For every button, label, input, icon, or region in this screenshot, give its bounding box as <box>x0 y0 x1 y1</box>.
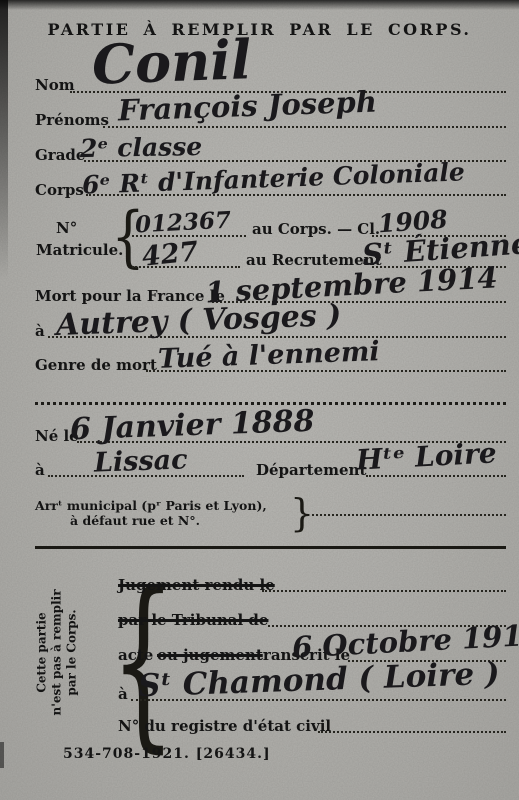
naissance-lieu-value: Lissac <box>93 444 188 478</box>
au-corps-label: au Corps. — Cl. <box>252 220 380 238</box>
matricule-label-line1: N° <box>56 219 77 237</box>
jugement-label: Jugement rendu le <box>118 576 275 594</box>
nom-label: Nom <box>35 76 75 94</box>
matricule-recrutement-value: 427 <box>141 236 200 273</box>
print-reference: 534-708-1921. [26434.] <box>63 746 271 762</box>
transcription-lieu-label: à <box>118 685 128 703</box>
registre-line <box>318 731 506 733</box>
registre-label: N° du registre d'état civil <box>118 717 331 735</box>
naissance-lieu-label: à <box>35 461 45 479</box>
acte-label-struck: ou jugement <box>157 646 263 664</box>
death-record-card: PARTIE À REMPLIR PAR LE CORPS. Nom Conil… <box>0 0 519 800</box>
grade-value: 2ᵉ classe <box>80 132 203 163</box>
sidebar-note-line1: Cette partie <box>35 568 50 738</box>
scan-edge-left-bottom <box>0 742 4 768</box>
departement-line <box>366 475 506 477</box>
arr-municipal-line <box>312 514 506 516</box>
grade-label: Grade <box>35 146 85 164</box>
tribunal-label: par le Tribunal de <box>118 611 268 629</box>
prenoms-line <box>103 126 506 128</box>
corps-label: Corps <box>35 181 84 199</box>
section-rule <box>35 546 506 549</box>
sidebar-note-line3: par le Corps. <box>65 568 80 738</box>
page-title: PARTIE À REMPLIR PAR LE CORPS. <box>0 20 519 39</box>
sidebar-note: Cette partie n'est pas à remplir par le … <box>35 568 80 738</box>
scan-edge-left <box>0 0 8 280</box>
sidebar-note-line2: n'est pas à remplir <box>50 568 65 738</box>
nom-value: Conil <box>91 27 252 97</box>
arr-municipal-label-line1: Arrᵗ municipal (pʳ Paris et Lyon), <box>35 498 267 513</box>
arr-municipal-label-line2: à défaut rue et N°. <box>70 513 200 528</box>
acte-label-part1: acte <box>118 646 153 664</box>
arr-municipal-brace: } <box>290 494 314 532</box>
matricule-corps-value: 012367 <box>134 207 231 239</box>
jugement-line <box>262 590 506 592</box>
genre-mort-label: Genre de mort <box>35 356 157 374</box>
departement-value: Hᵗᵉ Loire <box>355 436 497 476</box>
departement-label: Département <box>256 461 366 479</box>
prenoms-label: Prénoms <box>35 111 109 129</box>
mort-lieu-label: à <box>35 322 45 340</box>
scan-edge-top <box>0 0 519 10</box>
